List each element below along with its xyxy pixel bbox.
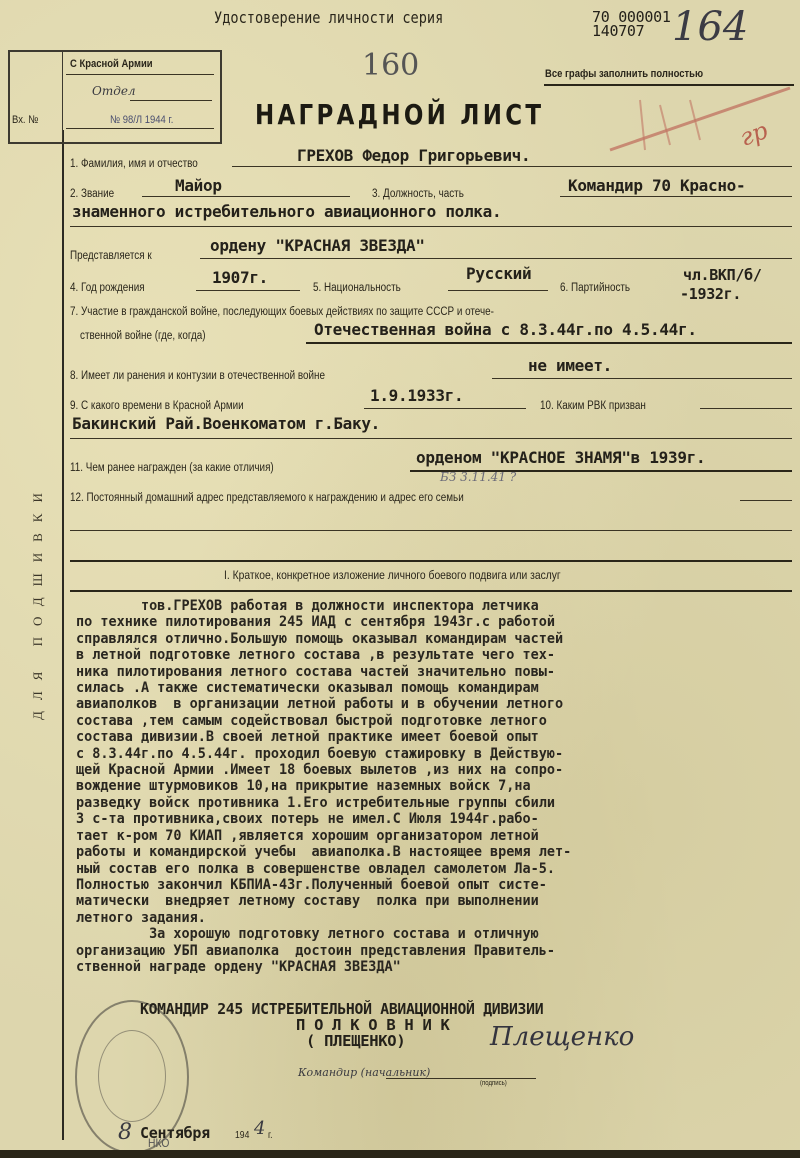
date-year-suffix: 4 (254, 1118, 265, 1139)
id-certificate-label: Удостоверение личности серия (214, 8, 443, 27)
merit-line: ный состав его полка в совершенстве овла… (76, 861, 727, 877)
signatory-name: ( ПЛЕЩЕНКО) (306, 1032, 405, 1050)
stamp-rule (66, 128, 214, 129)
field-underline (70, 226, 792, 227)
field-underline (200, 258, 792, 259)
field-1-value: ГРЕХОВ Федор Григорьевич. (297, 146, 530, 165)
stamp-line1: С Красной Армии (70, 58, 153, 70)
signature-scrawl: Плещенко (490, 1022, 634, 1052)
merit-line: состава ,тем самым содействовал быстрой … (76, 713, 727, 729)
stamp-rule (130, 100, 212, 101)
field-10-label: 10. Каким РВК призван (540, 400, 646, 412)
field-10-value: Бакинский Рай.Военкоматом г.Баку. (72, 414, 380, 433)
field-5-label: 5. Национальность (313, 282, 401, 294)
field-3-value-continued: знаменного истребительного авиационного … (72, 202, 501, 221)
stamp-line2: Отдел (92, 84, 136, 98)
id-number: 140707 (592, 22, 644, 40)
field-2-value: Майор (175, 176, 222, 195)
field-11-annotation: БЗ 3.11.41 ? (440, 470, 516, 484)
stamp-rule (66, 74, 214, 75)
merit-line: матически внедряет летному составу полка… (76, 893, 727, 909)
field-underline (196, 290, 300, 291)
date-year-prefix: 194 (235, 1130, 249, 1141)
merit-line: Полностью закончил КБПИА-43г.Полученный … (76, 877, 727, 893)
merit-line: тов.ГРЕХОВ работая в должности инспектор… (76, 598, 727, 614)
merit-line: разведку войск противника 1.Его истребит… (76, 795, 727, 811)
merit-line: работы и командирской учебы авиаполка.В … (76, 844, 727, 860)
signature-caption: (подпись) (480, 1080, 507, 1087)
field-7-label: 7. Участие в гражданской войне, последую… (70, 306, 494, 318)
field-1-label: 1. Фамилия, имя и отчество (70, 158, 198, 170)
stamp-incoming-prefix: Вх. № (12, 114, 38, 126)
date-month: Сентября (140, 1124, 210, 1142)
merit-line: летного задания. (76, 910, 727, 926)
merit-line: авиаполков в организации летной работы и… (76, 696, 727, 712)
merit-line: За хорошую подготовку летного состава и … (76, 926, 727, 942)
document-title: НАГРАДНОЙ ЛИСТ (255, 98, 544, 131)
merit-line: вождение штурмовиков 10,на прикрытие наз… (76, 778, 727, 794)
merit-line: ственной награде ордену "КРАСНАЯ ЗВЕЗДА" (76, 959, 727, 975)
merit-line: щей Красной Армии .Имеет 18 боевых вылет… (76, 762, 727, 778)
section-rule (70, 590, 792, 592)
section-rule (70, 560, 792, 562)
merit-line: справлялся отлично.Большую помощь оказыв… (76, 631, 727, 647)
handwritten-number-center: 160 (362, 48, 419, 83)
stamp-incoming-number: № 98/Л 1944 г. (110, 114, 173, 126)
red-pencil-strike (600, 80, 800, 160)
merit-line: организацию УБП авиаполка достоин предст… (76, 943, 727, 959)
merit-line: в летной подготовке летного состава ,в р… (76, 647, 727, 663)
signature-line (386, 1078, 536, 1079)
merit-line: тает к-ром 70 КИАП ,является хорошим орг… (76, 828, 727, 844)
merit-line: силась .А также систематически оказывал … (76, 680, 727, 696)
field-underline (70, 438, 792, 439)
fill-all-notice: Все графы заполнить полностью (545, 68, 703, 80)
field-6-label: 6. Партийность (560, 282, 630, 294)
presented-to-value: ордену "КРАСНАЯ ЗВЕЗДА" (210, 236, 425, 255)
handwritten-number-top: 164 (672, 4, 748, 50)
field-8-value: не имеет. (528, 356, 612, 375)
field-underline (232, 166, 792, 167)
field-4-label: 4. Год рождения (70, 282, 145, 294)
stamp-divider (62, 52, 63, 140)
field-underline (700, 408, 792, 409)
field-underline (364, 408, 526, 409)
section-heading: I. Краткое, конкретное изложение личного… (70, 566, 770, 584)
field-underline (560, 196, 792, 197)
field-8-label: 8. Имеет ли ранения и контузии в отечест… (70, 370, 325, 382)
date-day: 8 (118, 1120, 132, 1145)
merit-line: состава дивизии.В своей летной практике … (76, 729, 727, 745)
field-3-value: Командир 70 Красно- (568, 176, 745, 195)
field-3-label: 3. Должность, часть (372, 188, 464, 200)
seal-emblem (98, 1030, 166, 1122)
merit-line: с 8.3.44г.по 4.5.44г. проходил боевую ст… (76, 746, 727, 762)
field-11-value: орденом "КРАСНОЕ ЗНАМЯ"в 1939г. (416, 448, 705, 467)
presented-to-label: Представляется к (70, 250, 152, 262)
merit-line: по технике пилотирования 245 ИАД с сентя… (76, 614, 727, 630)
field-7-value: Отечественная война с 8.3.44г.по 4.5.44г… (314, 320, 697, 339)
field-11-label: 11. Чем ранее награжден (за какие отличи… (70, 462, 274, 474)
margin-binding-label: ДЛЯ ПОДШИВКИ (30, 482, 46, 720)
field-4-value: 1907г. (212, 268, 268, 287)
field-underline (306, 342, 792, 344)
merit-line: ника пилотирования летного состава часте… (76, 664, 727, 680)
merit-line: 3 с-та противника,своих потерь не имел.С… (76, 811, 727, 827)
field-9-value: 1.9.1933г. (370, 386, 463, 405)
field-6-value: чл.ВКП/б/ (683, 266, 762, 284)
field-underline (70, 530, 792, 531)
date-year-end: г. (268, 1130, 272, 1141)
field-underline (448, 290, 548, 291)
field-6-value-continued: -1932г. (680, 285, 741, 303)
field-7-label-continued: ственной войне (где, когда) (80, 330, 206, 342)
page-bottom-edge (0, 1150, 800, 1158)
field-12-label: 12. Постоянный домашний адрес представля… (70, 492, 464, 504)
field-underline (492, 378, 792, 379)
merit-description: тов.ГРЕХОВ работая в должности инспектор… (76, 598, 727, 975)
field-2-label: 2. Звание (70, 188, 114, 200)
field-underline (740, 500, 792, 501)
field-5-value: Русский (466, 264, 531, 283)
field-underline (142, 196, 350, 197)
field-9-label: 9. С какого времени в Красной Армии (70, 400, 244, 412)
margin-binding-line (62, 130, 64, 1140)
